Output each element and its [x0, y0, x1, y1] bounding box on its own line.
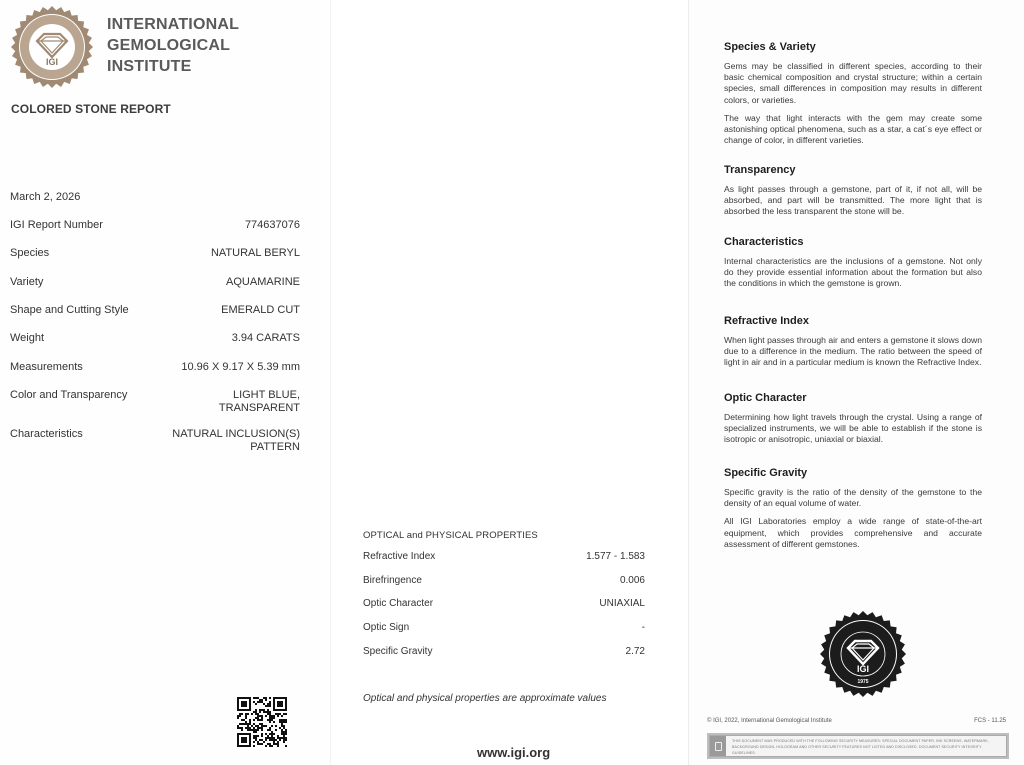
property-value: -	[642, 622, 645, 633]
report-date: March 2, 2026	[10, 191, 80, 203]
svg-text:1975: 1975	[857, 679, 868, 685]
detail-label: Measurements	[10, 361, 83, 373]
detail-value: 10.96 X 9.17 X 5.39 mm	[181, 361, 300, 374]
qr-code-icon	[237, 697, 287, 747]
detail-value: 774637076	[245, 219, 300, 232]
document-lock-icon	[710, 736, 726, 756]
optical-properties-panel: OPTICAL and PHYSICAL PROPERTIES Refracti…	[330, 0, 688, 765]
section-title: Transparency	[724, 164, 982, 176]
section-title: Species & Variety	[724, 41, 982, 53]
property-value: 1.577 - 1.583	[586, 551, 645, 562]
detail-label: Shape and Cutting Style	[10, 304, 129, 316]
info-section-species-variety: Species & Variety Gems may be classified…	[724, 41, 982, 153]
property-label: Birefringence	[363, 575, 422, 586]
section-paragraph: Determining how light travels through th…	[724, 412, 982, 446]
igi-seal-logo: IGI	[10, 5, 94, 89]
detail-value: NATURAL BERYL	[211, 247, 300, 260]
detail-value: AQUAMARINE	[226, 276, 300, 289]
section-paragraph: When light passes through air and enters…	[724, 335, 982, 369]
property-value: UNIAXIAL	[599, 598, 645, 609]
approximate-values-note: Optical and physical properties are appr…	[363, 693, 606, 704]
property-label: Specific Gravity	[363, 646, 432, 657]
info-section-transparency: Transparency As light passes through a g…	[724, 164, 982, 225]
info-section-specific-gravity: Specific Gravity Specific gravity is the…	[724, 467, 982, 557]
section-paragraph: The way that light interacts with the ge…	[724, 113, 982, 147]
detail-value: 3.94 CARATS	[232, 332, 300, 345]
property-label: Refractive Index	[363, 551, 435, 562]
section-title: Optic Character	[724, 392, 982, 404]
detail-label: Variety	[10, 276, 43, 288]
info-section-characteristics: Characteristics Internal characteristics…	[724, 236, 982, 297]
section-paragraph: Internal characteristics are the inclusi…	[724, 256, 982, 290]
section-paragraph: All IGI Laboratories employ a wide range…	[724, 516, 982, 550]
section-paragraph: As light passes through a gemstone, part…	[724, 184, 982, 218]
organization-name: INTERNATIONAL GEMOLOGICAL INSTITUTE	[107, 14, 239, 77]
svg-text:IGI: IGI	[857, 664, 869, 674]
detail-label: Characteristics	[10, 428, 83, 440]
property-label: Optic Character	[363, 598, 433, 609]
svg-text:IGI: IGI	[46, 57, 58, 67]
info-panel: Species & Variety Gems may be classified…	[688, 0, 1024, 765]
detail-label: IGI Report Number	[10, 219, 103, 231]
detail-label: Weight	[10, 332, 44, 344]
detail-value: EMERALD CUT	[221, 304, 300, 317]
qr-code[interactable]	[237, 697, 287, 747]
report-front-panel: IGI INTERNATIONAL GEMOLOGICAL INSTITUTE …	[0, 0, 330, 765]
detail-value: LIGHT BLUE, TRANSPARENT	[219, 389, 300, 415]
igi-seal-icon: IGI	[10, 5, 94, 89]
igi-seal-dark-icon: IGI 1975	[819, 610, 907, 698]
website-link[interactable]: www.igi.org	[477, 745, 550, 760]
detail-label: Color and Transparency	[10, 389, 127, 401]
form-code: FCS - 11.25	[974, 718, 1006, 724]
info-section-refractive-index: Refractive Index When light passes throu…	[724, 315, 982, 376]
detail-label: Species	[10, 247, 49, 259]
optical-properties-heading: OPTICAL and PHYSICAL PROPERTIES	[363, 530, 538, 541]
org-name-line: INTERNATIONAL	[107, 14, 239, 35]
igi-seal-stamp: IGI 1975	[819, 610, 907, 698]
info-section-optic-character: Optic Character Determining how light tr…	[724, 392, 982, 453]
detail-value: NATURAL INCLUSION(S) PATTERN	[172, 428, 300, 454]
security-notice-text: This document was produced with the foll…	[732, 738, 1002, 756]
report-type-title: COLORED STONE REPORT	[11, 102, 171, 116]
copyright-text: © IGI, 2022, International Gemological I…	[707, 718, 832, 724]
section-paragraph: Gems may be classified in different spec…	[724, 61, 982, 106]
section-paragraph: Specific gravity is the ratio of the den…	[724, 487, 982, 509]
org-name-line: INSTITUTE	[107, 56, 239, 77]
security-notice-box: This document was produced with the foll…	[707, 733, 1009, 759]
section-title: Specific Gravity	[724, 467, 982, 479]
section-title: Refractive Index	[724, 315, 982, 327]
section-title: Characteristics	[724, 236, 982, 248]
org-name-line: GEMOLOGICAL	[107, 35, 239, 56]
property-label: Optic Sign	[363, 622, 409, 633]
property-value: 0.006	[620, 575, 645, 586]
property-value: 2.72	[626, 646, 645, 657]
